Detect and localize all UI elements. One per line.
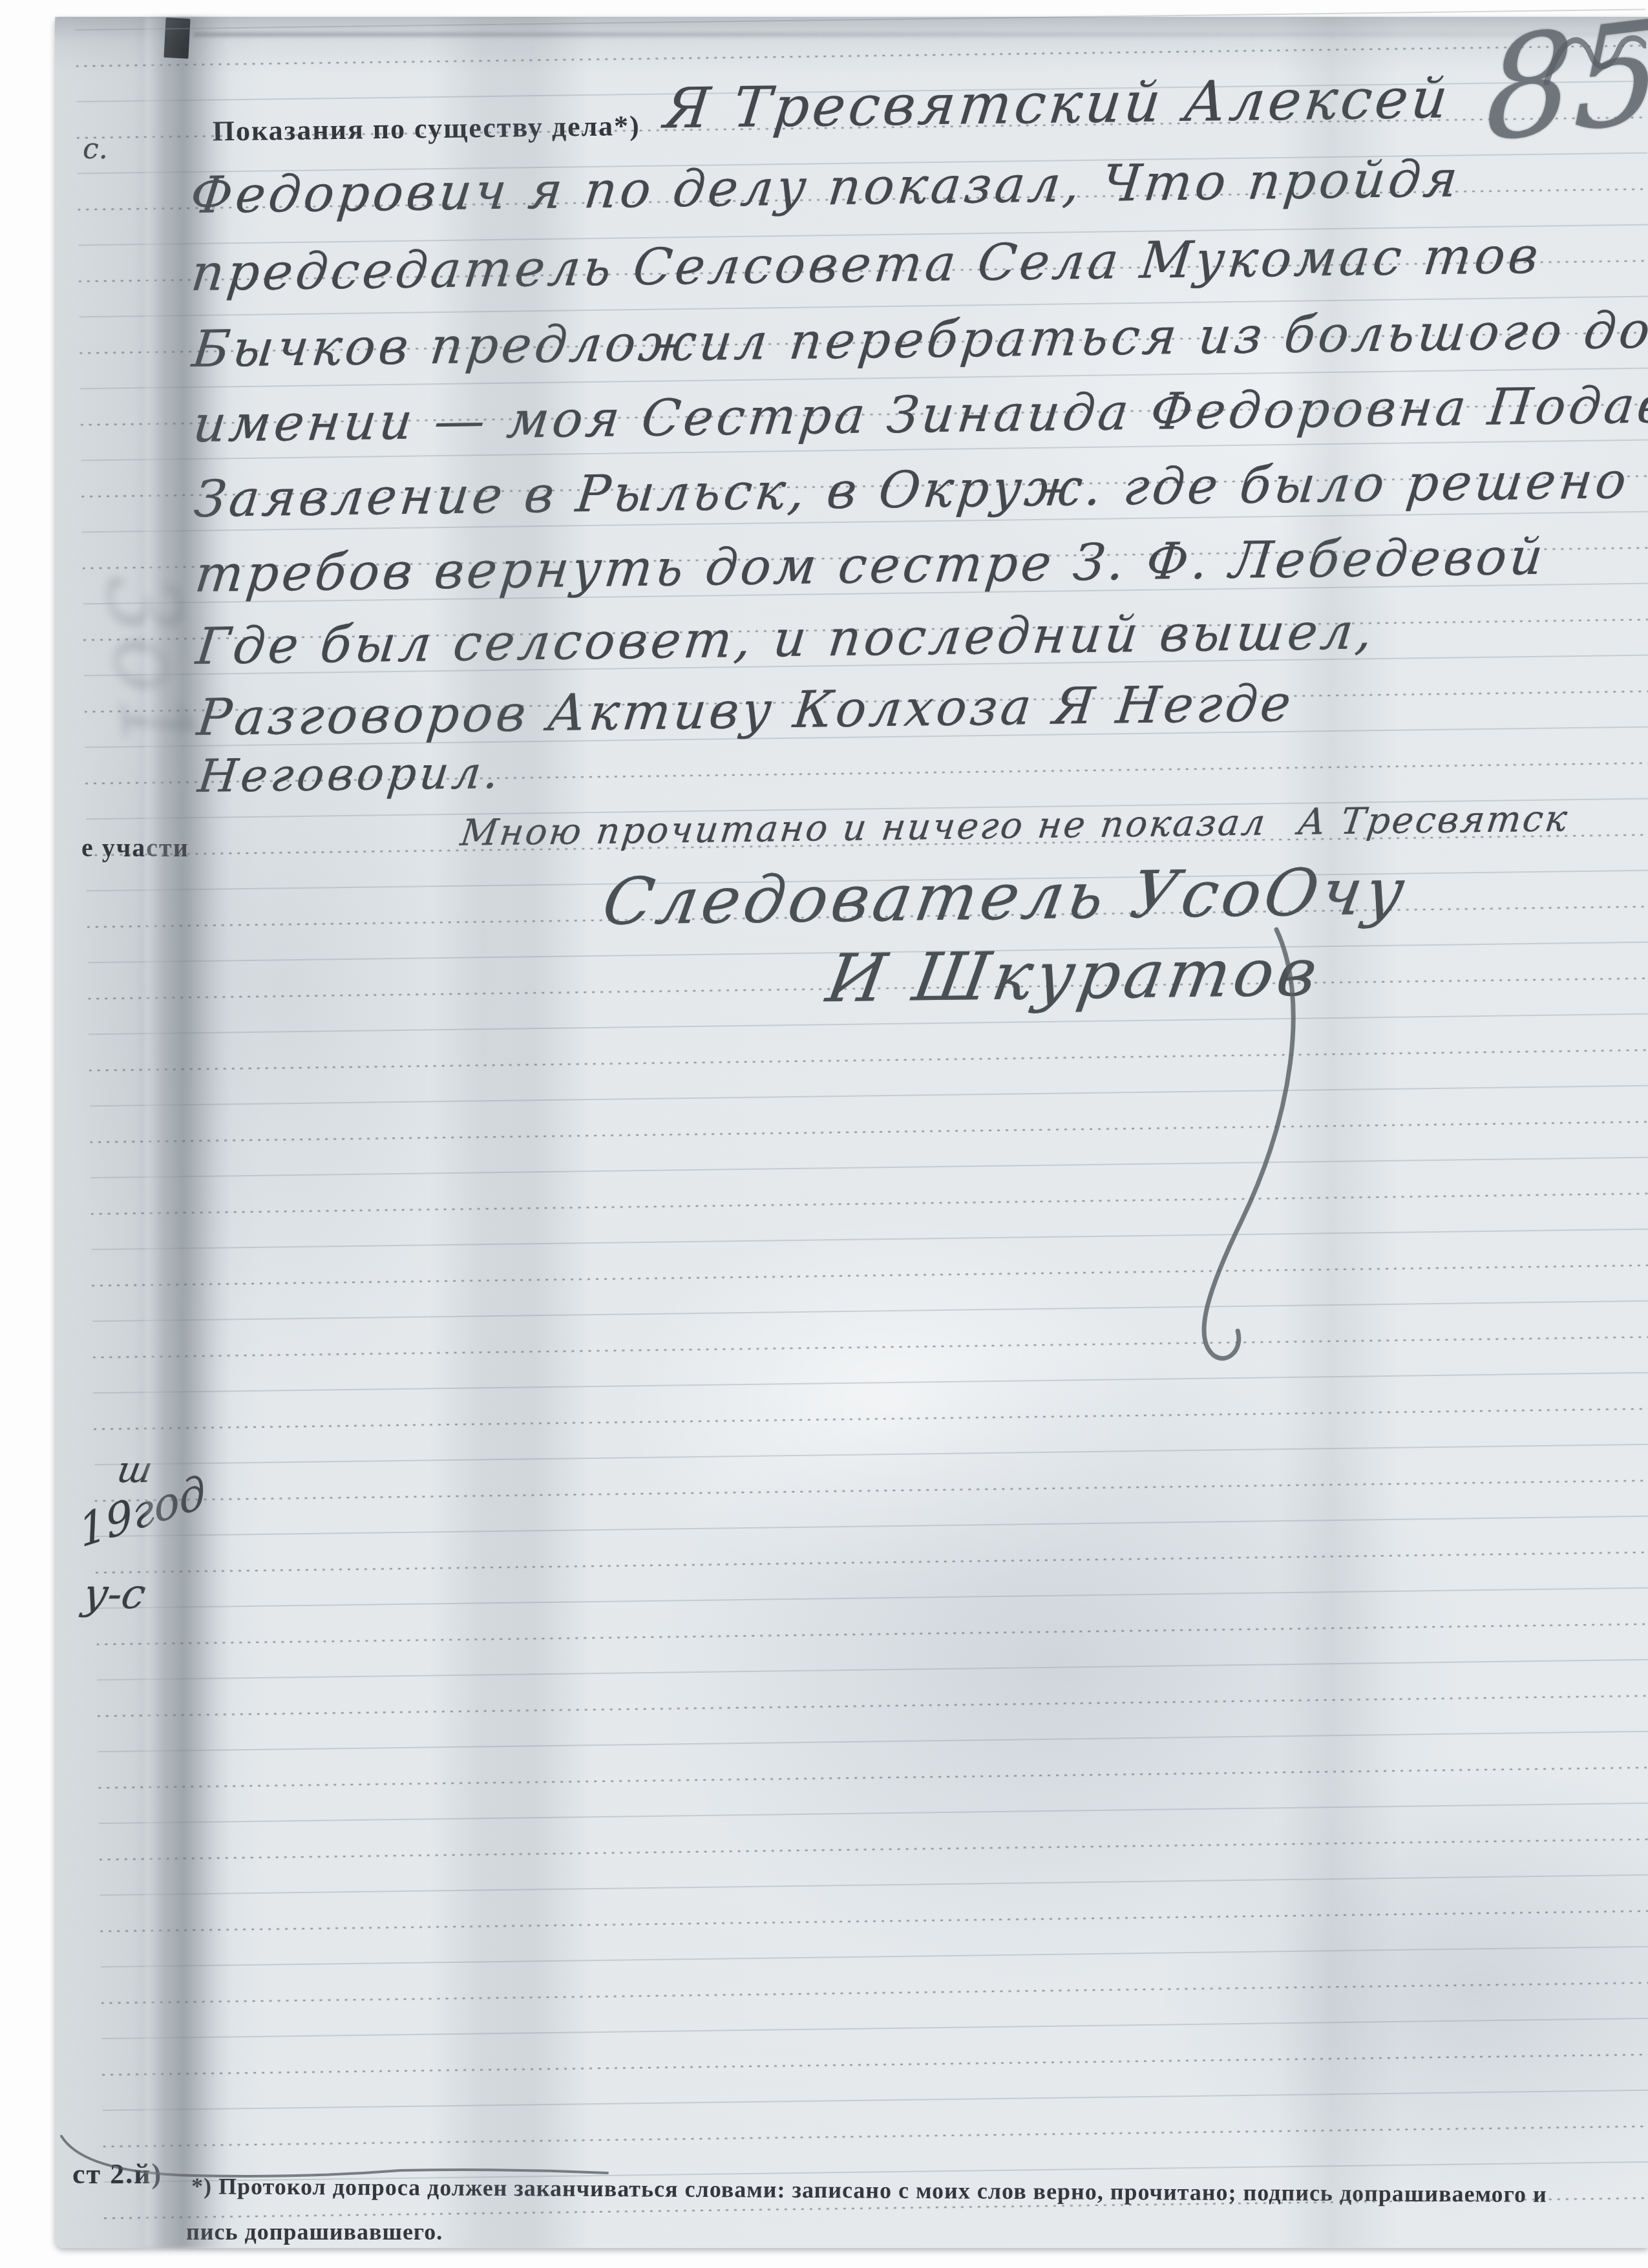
testimony-line: Неговорил. — [195, 746, 505, 803]
testimony-line: Я Тресвятский Алексей — [661, 66, 1454, 141]
signature-tail-flourish — [1076, 922, 1405, 1378]
bleedthrough-marks: 3о1 — [83, 567, 214, 760]
page-content: Показания по существу дела*) Я Тресвятск… — [0, 0, 1648, 2268]
section-header-label: Показания по существу дела*) — [212, 109, 640, 148]
margin-fragment-uchasti: е участи — [81, 832, 189, 863]
scanned-protocol-page: Показания по существу дела*) Я Тресвятск… — [0, 0, 1648, 2268]
margin-fragment-top: с. — [83, 132, 108, 165]
margin-fragment-3: у-с — [79, 1571, 149, 1618]
deponent-signature: А Тресвятск — [1296, 798, 1572, 843]
corner-squiggle — [1543, 20, 1647, 112]
footnote-line2: пись допрашивавшего. — [186, 2218, 443, 2245]
